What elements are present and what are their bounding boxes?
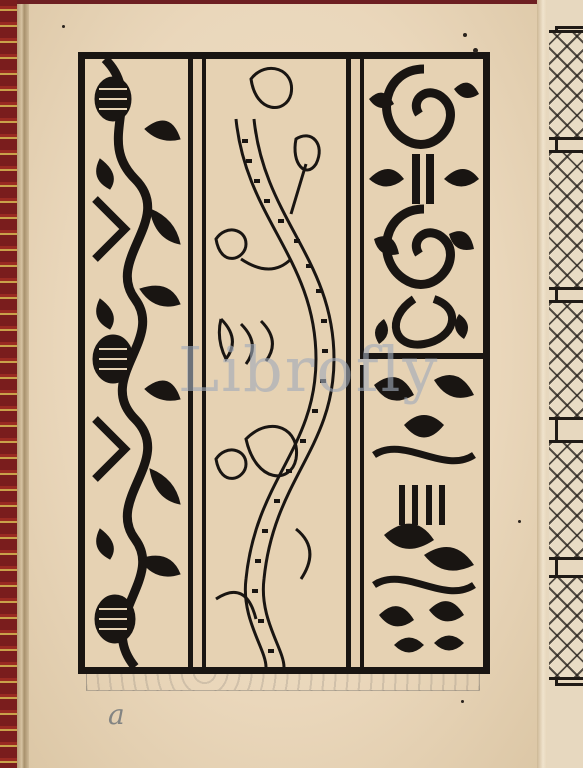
facing-pattern-knotwork bbox=[549, 30, 583, 140]
show-through-print bbox=[86, 672, 480, 691]
page-gutter bbox=[537, 0, 547, 768]
right-bottom-panel bbox=[360, 365, 483, 667]
facing-page bbox=[547, 0, 583, 768]
handwritten-mark: a bbox=[108, 698, 138, 734]
foliate-arabesque-ornament bbox=[364, 365, 483, 667]
top-binding-edge bbox=[17, 0, 537, 4]
facing-pattern-lattice bbox=[549, 440, 583, 560]
ribbon-flower-ornament bbox=[206, 59, 346, 667]
right-top-panel bbox=[360, 59, 483, 359]
book-binding-edge bbox=[0, 0, 17, 768]
gilt-page-edge bbox=[17, 0, 29, 768]
facing-pattern-meander bbox=[549, 575, 583, 680]
column-gap-right bbox=[351, 59, 360, 667]
facing-pattern-stepped bbox=[549, 150, 583, 290]
interlace-scroll-ornament bbox=[364, 59, 483, 353]
vine-pinecone-ornament bbox=[85, 59, 188, 667]
column-gap-left bbox=[193, 59, 202, 667]
woodcut-pattern-frame bbox=[78, 52, 490, 674]
facing-pattern-floral bbox=[549, 300, 583, 420]
left-border-panel bbox=[85, 59, 193, 667]
center-ribbon-panel bbox=[202, 59, 351, 667]
